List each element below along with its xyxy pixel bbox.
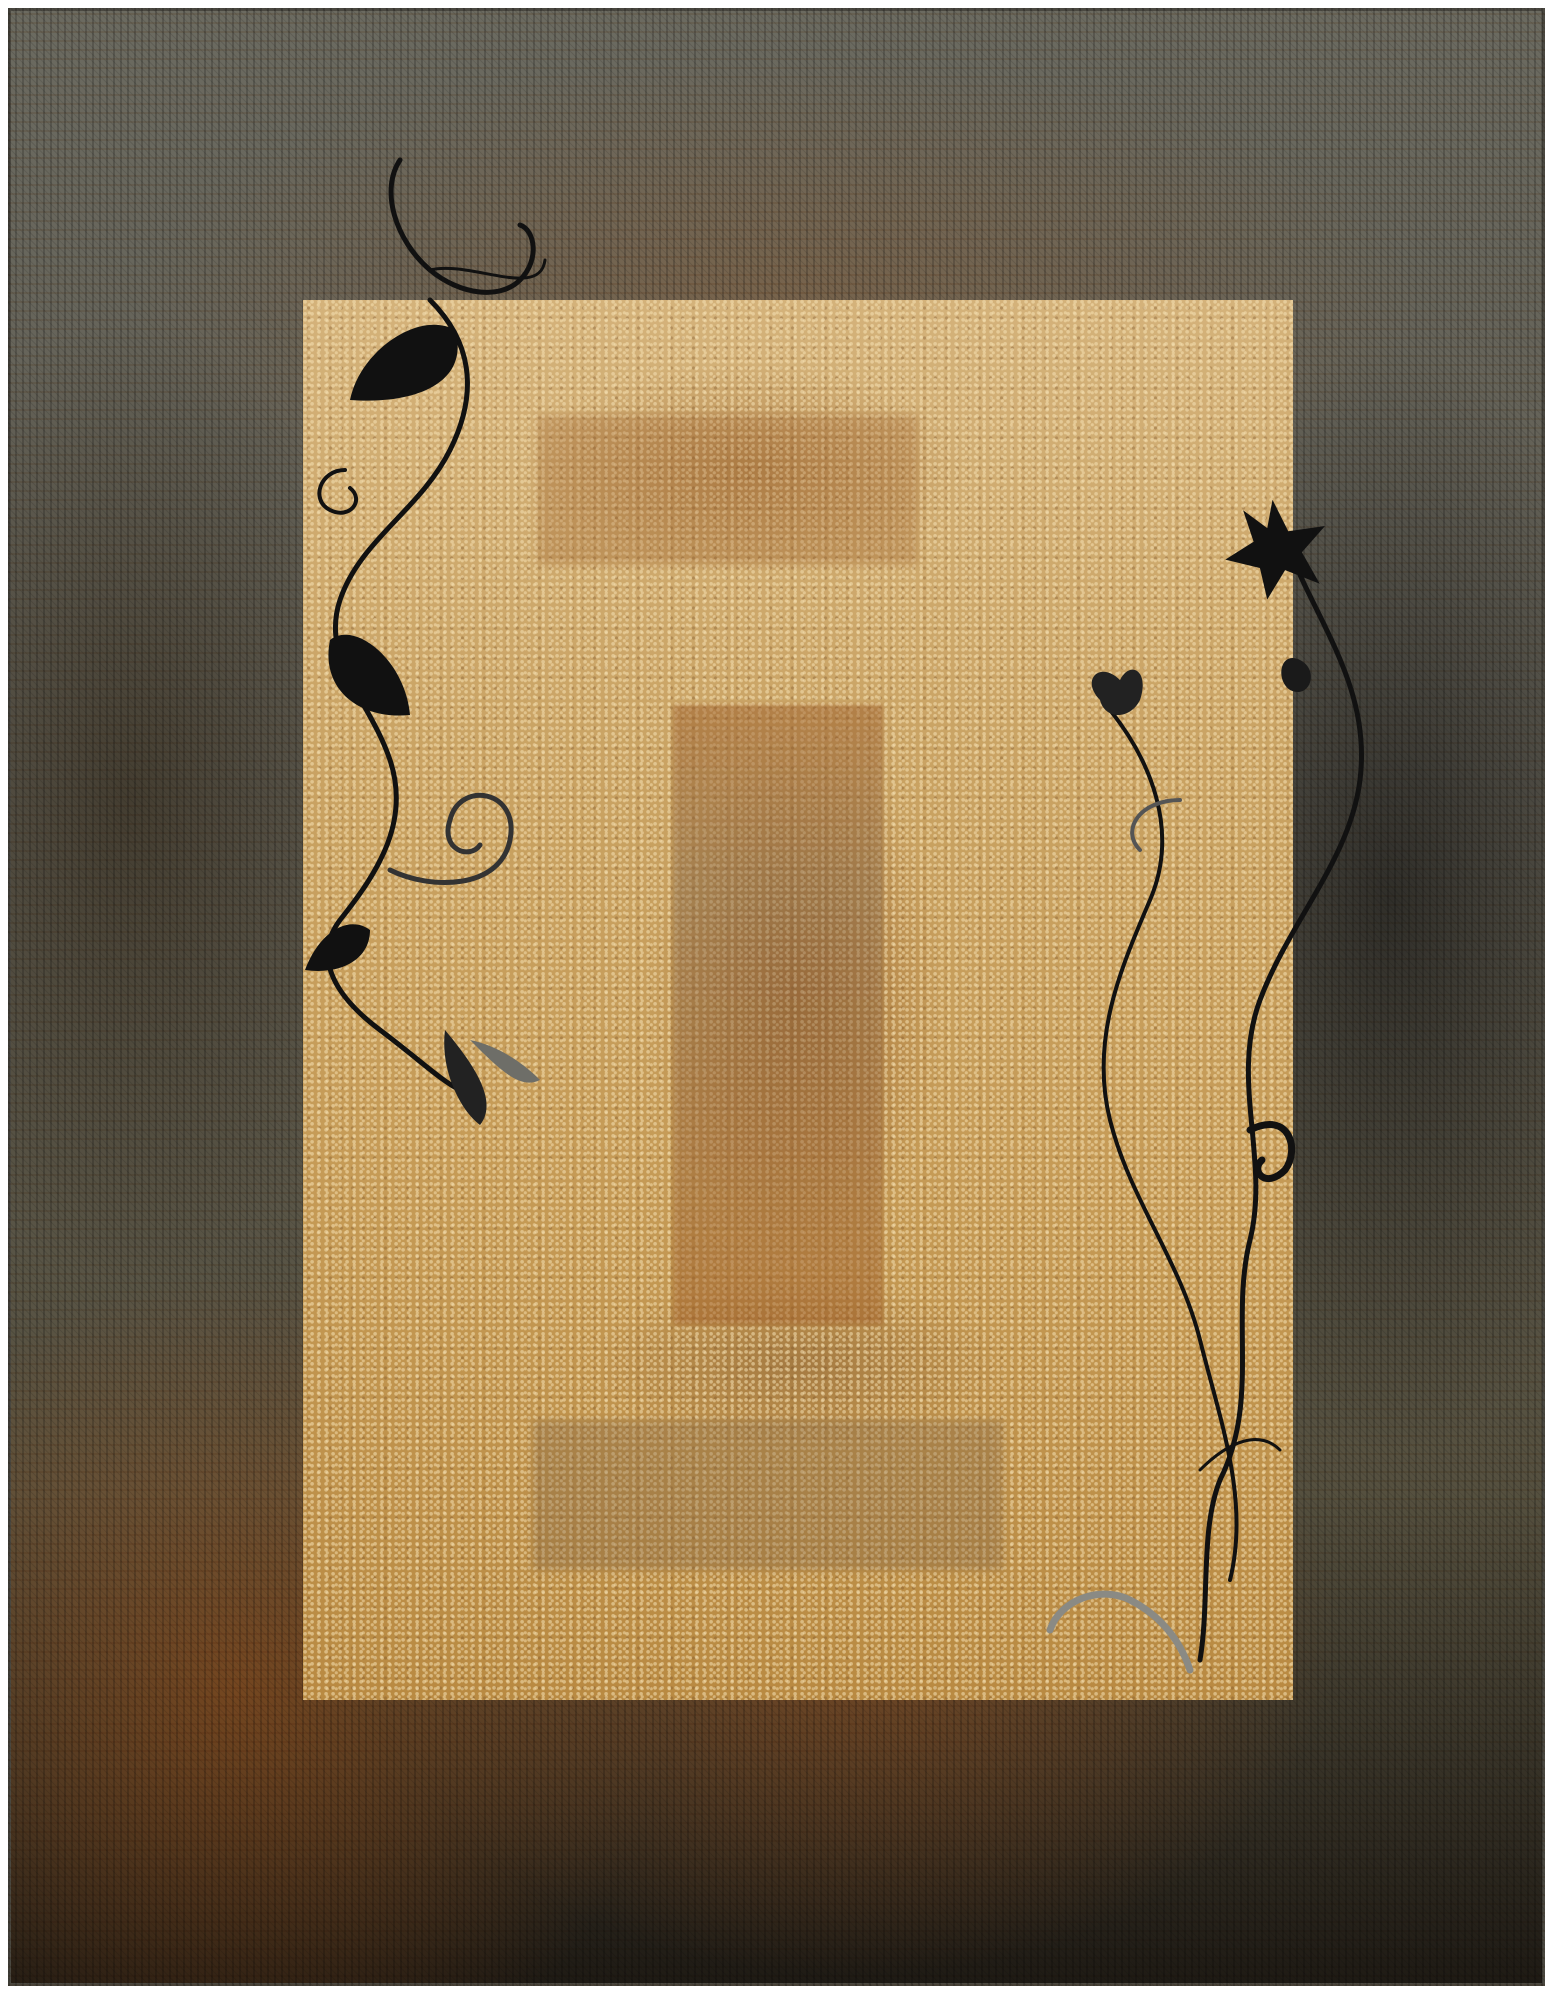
right-vine-flowers xyxy=(1092,500,1325,715)
star-flower-icon xyxy=(1225,500,1325,600)
leaf-icon xyxy=(350,325,458,401)
left-vine-leaves xyxy=(305,325,540,1125)
leaf-icon xyxy=(305,924,370,971)
vine-motifs xyxy=(0,0,1555,2000)
leaf-icon xyxy=(328,635,410,716)
right-vine-motif xyxy=(1050,575,1362,1670)
tulip-bud-icon xyxy=(1092,670,1143,715)
